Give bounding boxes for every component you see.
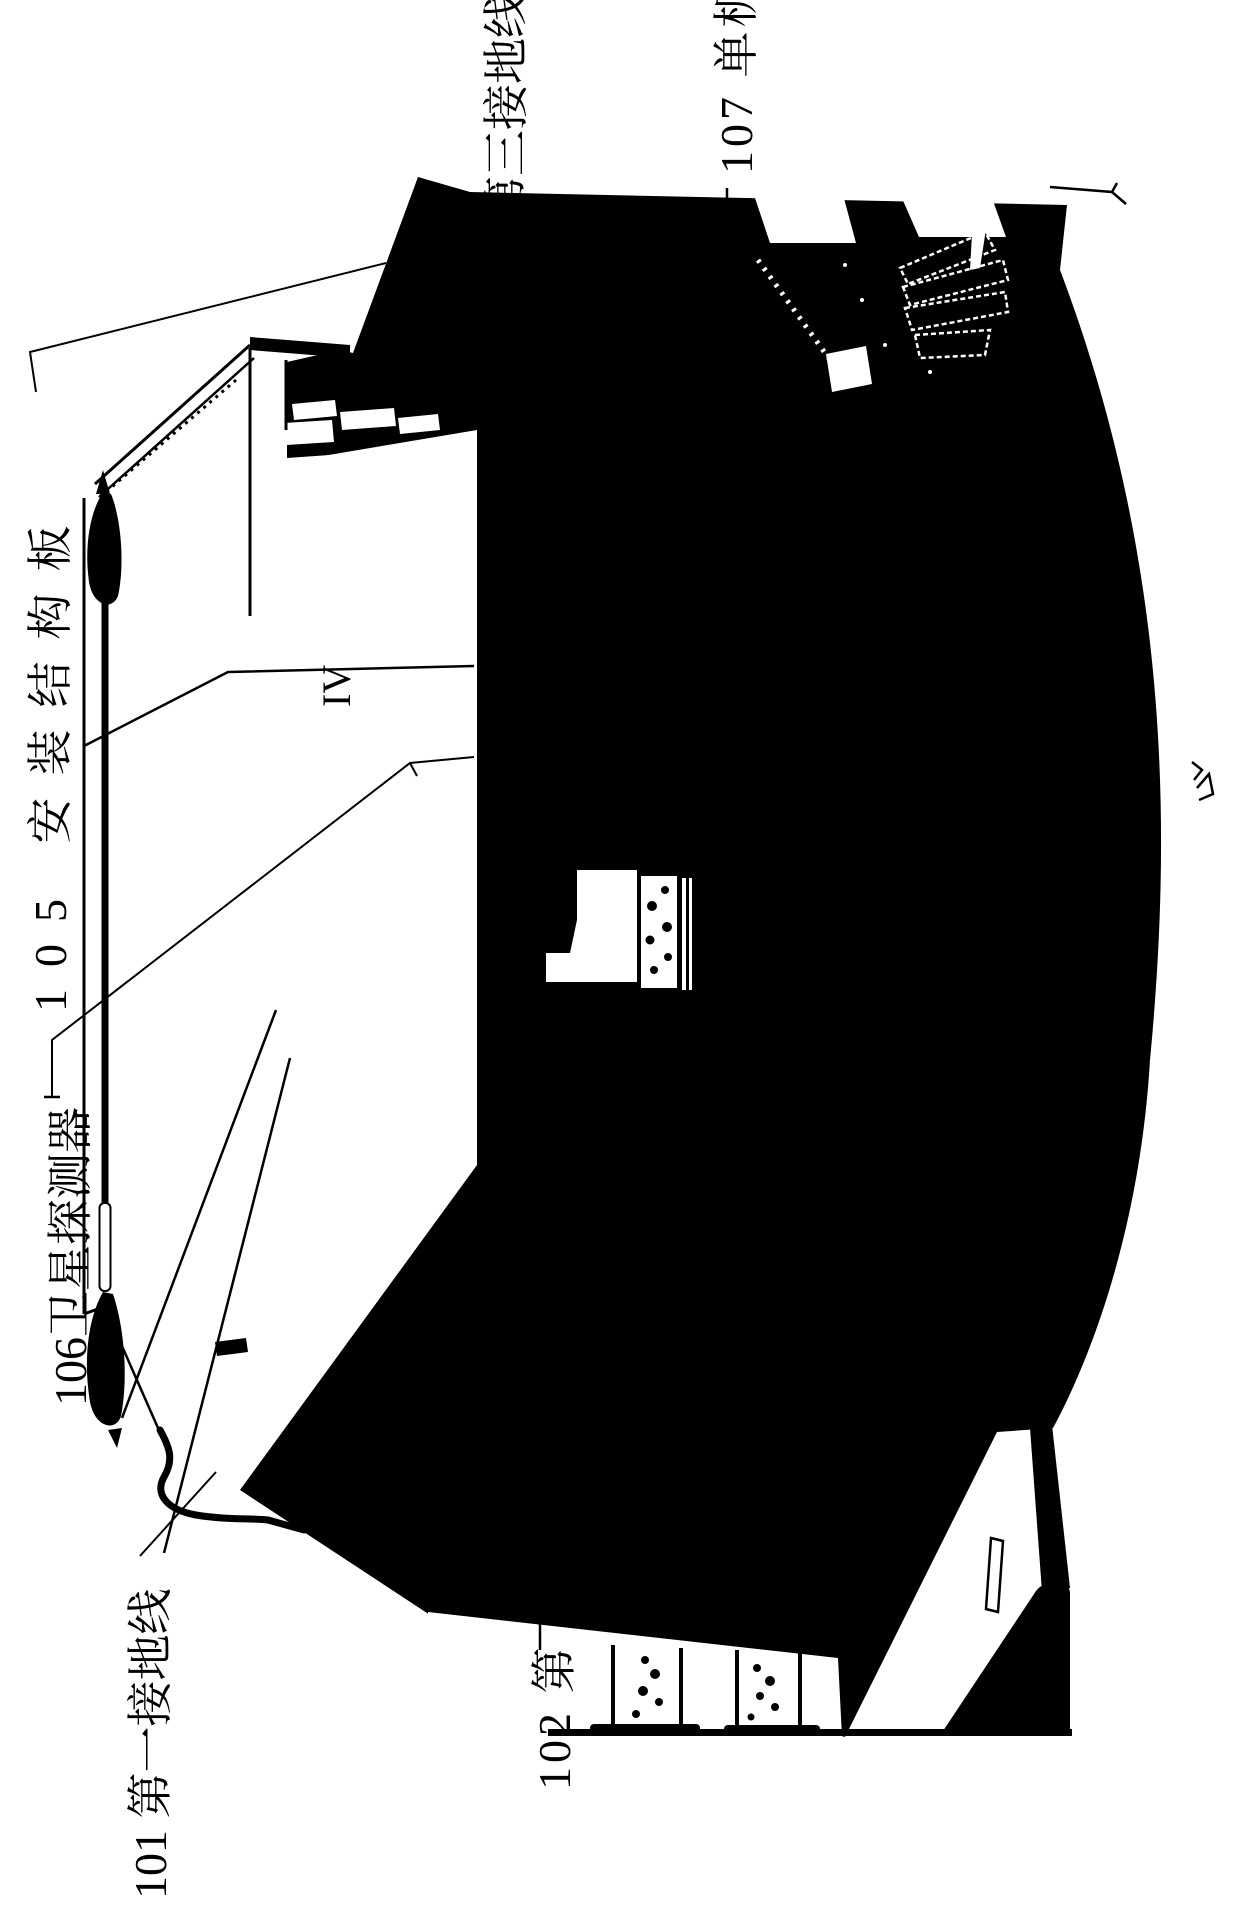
label-105-mounting-plate: 105 安装结构板 [25,504,76,1013]
left-edge-capsule [100,1203,111,1291]
label-106-satellite-detector: 106卫星探测器 [45,1107,96,1406]
top-notch-right [901,196,1006,237]
section-mark-iv: IV [314,665,359,707]
bolt-strip-cutout [641,876,692,990]
corner-connector-bar [250,337,350,358]
small-plate-marker [986,1538,1003,1612]
label-102-second-ground-wire: 102 第 [529,1644,580,1791]
corner-blob-top [87,492,121,604]
right-foot-block [943,1583,1070,1731]
box-top-edge-outer [95,345,250,484]
small-connector-mark [215,1338,248,1356]
patent-figure-page: 105 安装结构板 第三接地线 107 单机 106卫星探测器 101 第一接地… [0,0,1240,1905]
box-section-divider [84,666,474,746]
box-bottom-face-edge1 [122,1010,276,1418]
corner-blob-bottom-tip [108,1428,122,1448]
label-third-ground-wire: 第三接地线 [481,0,532,222]
vent-cutout [826,346,872,392]
right-wedge [1030,1425,1070,1592]
box-top-edge-inner [99,358,254,497]
label-101-first-ground-wire: 101 第一接地线 [125,1589,176,1900]
top-notch-left [753,191,856,243]
patent-figure-drawing: 105 安装结构板 第三接地线 107 单机 106卫星探测器 101 第一接地… [0,0,1240,1905]
box-top-edge-hatch [106,380,236,492]
label-107-single-unit: 107 单机 [711,0,762,174]
edge-squiggle-mark [1192,762,1213,800]
leader-3rd-arrow [1050,183,1126,204]
